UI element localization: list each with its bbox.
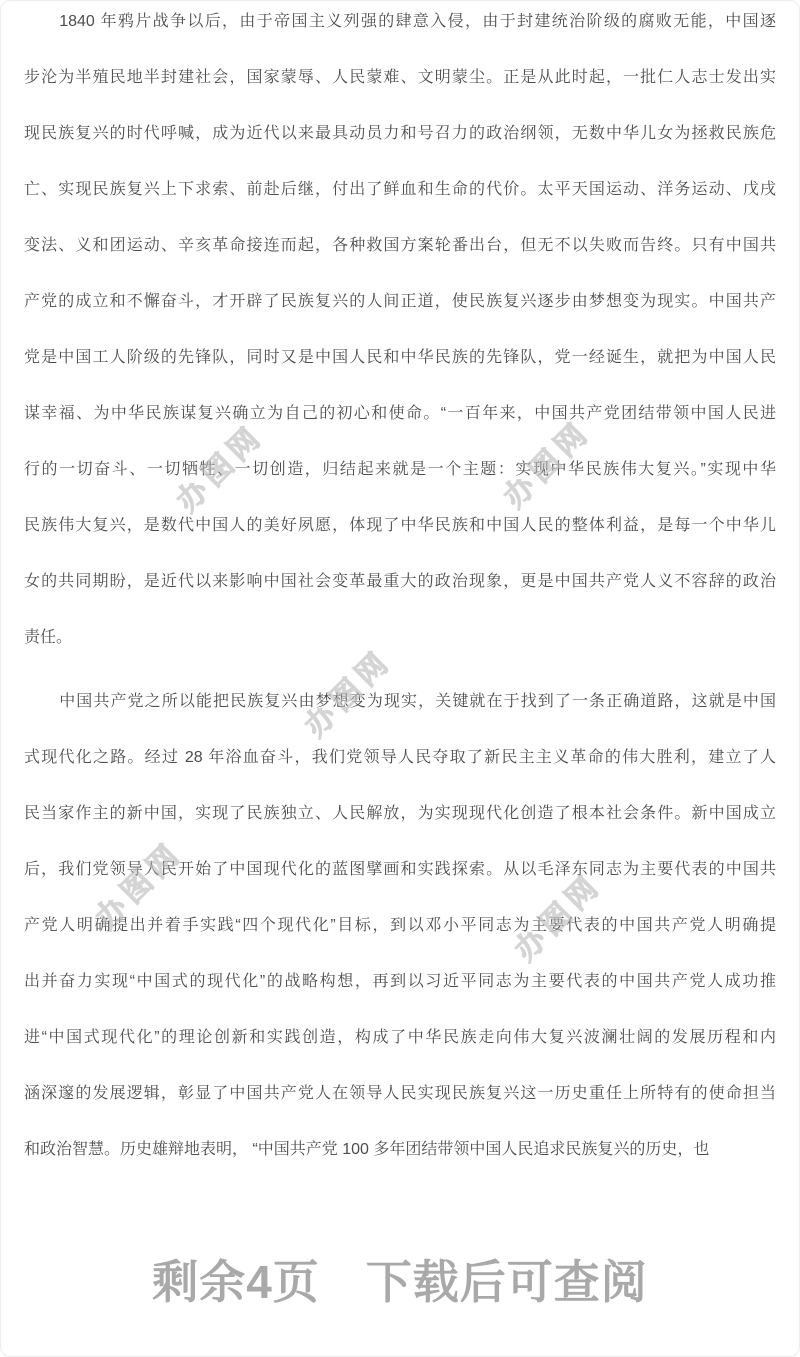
text-line: 谋幸福、为中华民族谋复兴确立为自己的初心和使命。“一百年来，中国共产党团结带领中… <box>24 386 776 442</box>
text-line: 责任。 <box>24 610 776 666</box>
text-line: 和政治智慧。历史雄辩地表明， “中国共产党 100 多年团结带领中国人民追求民族… <box>24 1122 776 1178</box>
text-line: 行的一切奋斗、一切牺牲、一切创造，归结起来就是一个主题：实现中华民族伟大复兴。”… <box>24 442 776 498</box>
download-hint-label: 下载后可查阅 <box>366 1256 648 1308</box>
text-line: 亡、实现民族复兴上下求索、前赴后继，付出了鲜血和生命的代价。太平天国运动、洋务运… <box>24 162 776 218</box>
text-line: 1840 年鸦片战争以后，由于帝国主义列强的肆意入侵，由于封建统治阶级的腐败无能… <box>24 0 776 50</box>
text-line: 产党的成立和不懈奋斗，才开辟了民族复兴的人间正道，使民族复兴逐步由梦想变为现实。… <box>24 274 776 330</box>
text-line: 女的共同期盼，是近代以来影响中国社会变革最重大的政治现象，更是中国共产党人义不容… <box>24 554 776 610</box>
text-line: 党是中国工人阶级的先锋队，同时又是中国人民和中华民族的先锋队，党一经诞生，就把为… <box>24 330 776 386</box>
text-line: 民族伟大复兴，是数代中国人的美好夙愿，体现了中华民族和中国人民的整体利益，是每一… <box>24 498 776 554</box>
paragraph: 中国共产党之所以能把民族复兴由梦想变为现实，关键就在于找到了一条正确道路，这就是… <box>24 674 776 1178</box>
text-line: 涵深邃的发展逻辑，彰显了中国共产党人在领导人民实现民族复兴这一历史重任上所特有的… <box>24 1066 776 1122</box>
text-line: 进“中国式现代化”的理论创新和实践创造，构成了中华民族走向伟大复兴波澜壮阔的发展… <box>24 1010 776 1066</box>
preview-footer: 剩余4页下载后可查阅 <box>0 1246 800 1312</box>
text-line: 后，我们党领导人民开始了中国现代化的蓝图擘画和实践探索。从以毛泽东同志为主要代表… <box>24 842 776 898</box>
pages-remaining-label: 剩余4页 <box>152 1256 320 1308</box>
text-line: 民当家作主的新中国，实现了民族独立、人民解放，为实现现代化创造了根本社会条件。新… <box>24 786 776 842</box>
paragraph: 1840 年鸦片战争以后，由于帝国主义列强的肆意入侵，由于封建统治阶级的腐败无能… <box>24 0 776 666</box>
text-line: 产党人明确提出并着手实践“四个现代化”目标，到以邓小平同志为主要代表的中国共产党… <box>24 898 776 954</box>
document-body: 1840 年鸦片战争以后，由于帝国主义列强的肆意入侵，由于封建统治阶级的腐败无能… <box>24 0 776 1178</box>
text-line: 变法、义和团运动、辛亥革命接连而起，各种救国方案轮番出台，但无不以失败而告终。只… <box>24 218 776 274</box>
text-line: 出并奋力实现“中国式的现代化”的战略构想，再到以习近平同志为主要代表的中国共产党… <box>24 954 776 1010</box>
text-line: 现民族复兴的时代呼喊，成为近代以来最具动员力和号召力的政治纲领，无数中华儿女为拯… <box>24 106 776 162</box>
text-line: 中国共产党之所以能把民族复兴由梦想变为现实，关键就在于找到了一条正确道路，这就是… <box>24 674 776 730</box>
text-line: 式现代化之路。经过 28 年浴血奋斗，我们党领导人民夺取了新民主主义革命的伟大胜… <box>24 730 776 786</box>
text-line: 步沦为半殖民地半封建社会，国家蒙辱、人民蒙难、文明蒙尘。正是从此时起，一批仁人志… <box>24 50 776 106</box>
